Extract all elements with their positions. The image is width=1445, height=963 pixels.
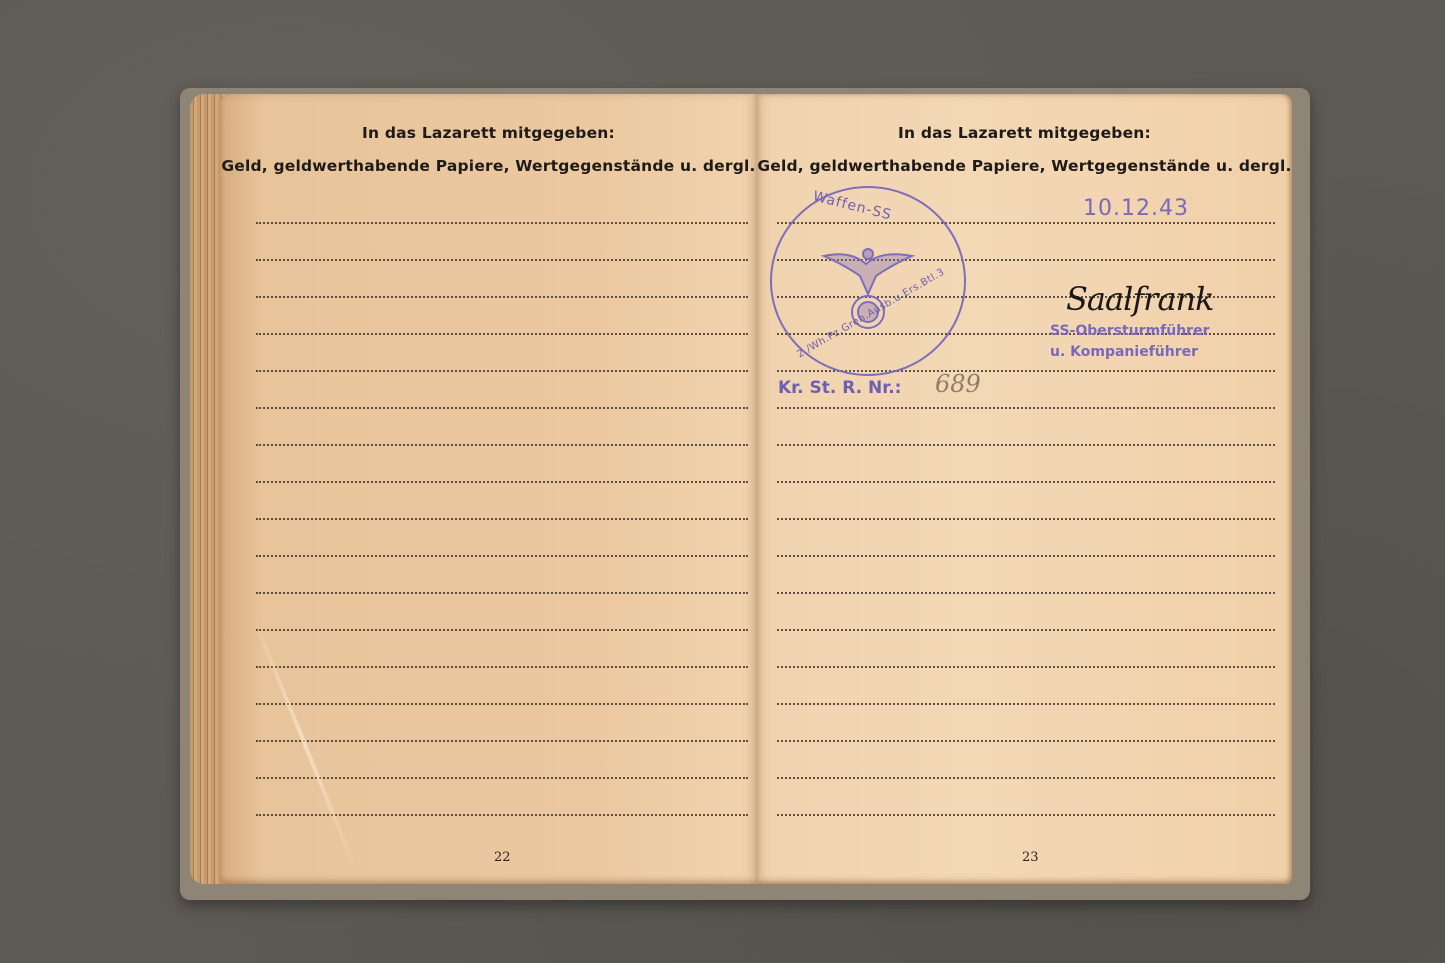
ruled-line xyxy=(256,629,748,631)
ruled-line xyxy=(777,444,1275,446)
ruled-line xyxy=(777,407,1275,409)
rank-stamp-line2: u. Kompanieführer xyxy=(1050,344,1198,360)
ruled-line xyxy=(777,777,1275,779)
rank-stamp-line1: SS-Obersturmführer xyxy=(1050,323,1209,339)
left-page: In das Lazarett mitgegeben: Geld, geldwe… xyxy=(220,94,757,884)
date-stamp: 10.12.43 xyxy=(1083,196,1189,221)
ruled-line xyxy=(256,296,748,298)
ruled-line xyxy=(777,592,1275,594)
ruled-line xyxy=(256,555,748,557)
ksr-label: Kr. St. R. Nr.: xyxy=(778,378,901,398)
ruled-line xyxy=(256,666,748,668)
ruled-line xyxy=(777,814,1275,816)
ruled-line xyxy=(256,222,748,224)
unit-stamp: Waffen-SS 2./Wh.Pz.Gren.Ausb.u.Ers.Btl.3 xyxy=(770,186,966,376)
ruled-line xyxy=(256,703,748,705)
ruled-line xyxy=(777,481,1275,483)
ruled-line xyxy=(256,370,748,372)
ruled-line xyxy=(256,740,748,742)
ksr-number: 689 xyxy=(935,370,981,398)
ruled-line xyxy=(777,703,1275,705)
right-page-number: 23 xyxy=(1022,850,1039,865)
ruled-line xyxy=(256,814,748,816)
ruled-line xyxy=(256,444,748,446)
ruled-line xyxy=(777,666,1275,668)
ruled-line xyxy=(256,481,748,483)
ruled-line xyxy=(777,629,1275,631)
ruled-line xyxy=(256,777,748,779)
right-heading-line2: Geld, geldwerthabende Papiere, Wertgegen… xyxy=(757,157,1292,175)
ruled-line xyxy=(256,592,748,594)
ruled-line xyxy=(256,259,748,261)
left-page-number: 22 xyxy=(494,850,511,865)
ruled-line xyxy=(256,407,748,409)
ruled-line xyxy=(256,518,748,520)
ruled-line xyxy=(777,740,1275,742)
right-heading-line1: In das Lazarett mitgegeben: xyxy=(757,124,1292,142)
ruled-line xyxy=(256,333,748,335)
signature: Saalfrank xyxy=(1066,280,1214,318)
paper-crease xyxy=(250,613,359,874)
left-heading-line2: Geld, geldwerthabende Papiere, Wertgegen… xyxy=(220,157,757,175)
stamp-top-text: Waffen-SS xyxy=(811,188,893,223)
ruled-line xyxy=(777,555,1275,557)
ruled-line xyxy=(777,518,1275,520)
left-heading-line1: In das Lazarett mitgegeben: xyxy=(220,124,757,142)
